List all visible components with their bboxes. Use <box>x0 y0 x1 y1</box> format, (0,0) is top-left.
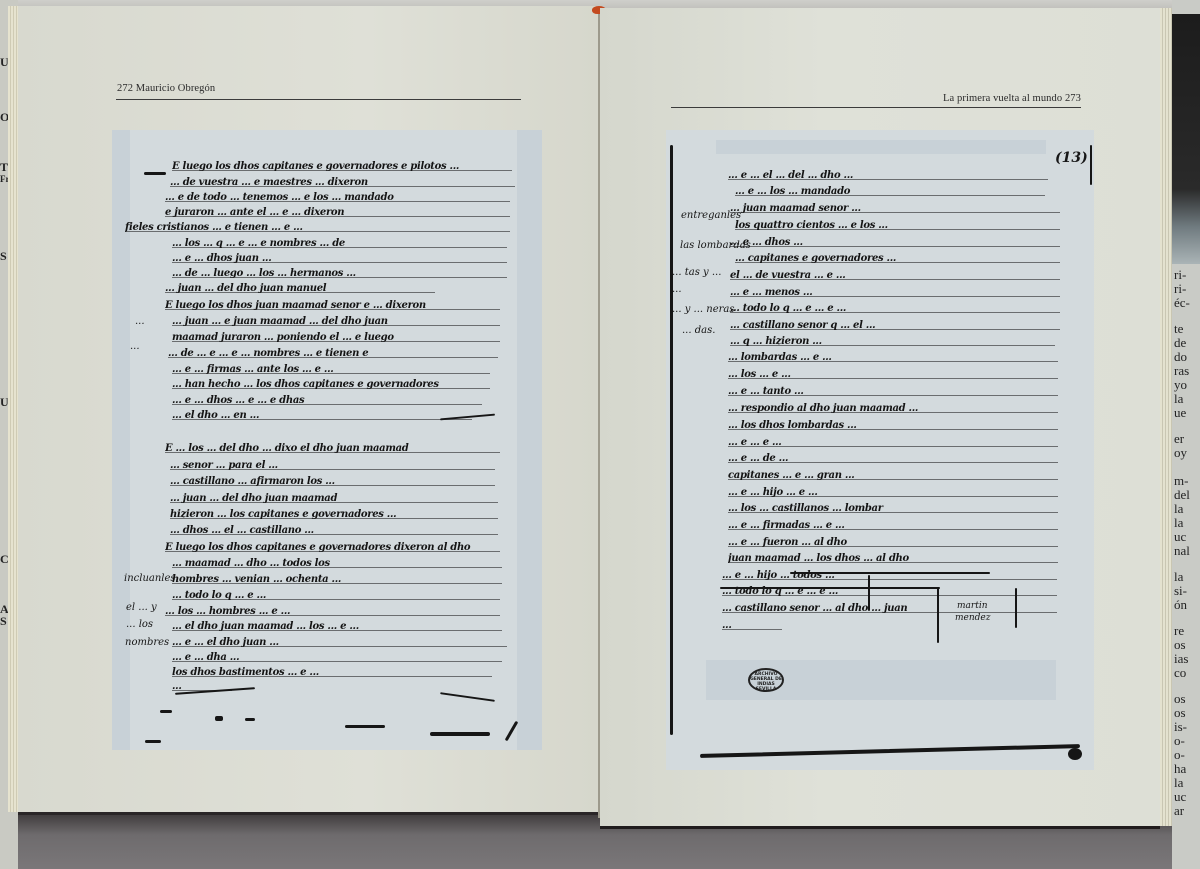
manuscript-line: ... todo lo q ... e ... <box>172 590 500 601</box>
text-fragment: ón <box>1174 598 1187 612</box>
manuscript-line: ... de vuestra ... e maestres ... dixero… <box>170 177 515 188</box>
manuscript-line: maamad juraron ... poniendo el ... e lue… <box>172 332 500 343</box>
page-edges-right <box>1160 8 1172 826</box>
manuscript-line: ... el dho ... en ... <box>172 410 472 421</box>
margin-note: ... <box>672 284 682 295</box>
margin-note: ... los <box>126 619 153 630</box>
manuscript-line: ... castillano senor ... al dho ... juan <box>722 603 1057 614</box>
text-fragment: uc <box>1174 790 1186 804</box>
margin-note: ... <box>135 316 145 327</box>
manuscript-line: E luego los dhos capitanes e governadore… <box>172 161 512 172</box>
manuscript-line: ... e ... dhos ... <box>730 237 1060 248</box>
adjacent-book-photo <box>1172 14 1200 264</box>
manuscript-line: juan maamad ... los dhos ... al dho <box>728 553 1058 564</box>
text-fragment: de <box>1174 336 1186 350</box>
manuscript-line: ... q ... hizieron ... <box>730 336 1055 347</box>
manuscript-line: ... e de todo ... tenemos ... e los ... … <box>165 192 510 203</box>
text-fragment: ha <box>1174 762 1186 776</box>
manuscript-line: ... e ... de ... <box>728 453 1058 464</box>
running-head-right: La primera vuelta al mundo 273 <box>943 93 1081 104</box>
signature-line <box>720 587 940 589</box>
signature-line <box>790 572 990 574</box>
ink-blot <box>245 718 255 721</box>
manuscript-line: ... los dhos lombardas ... <box>728 420 1058 431</box>
manuscript-line: ... juan ... e juan maamad ... del dho j… <box>172 316 500 327</box>
text-fragment: is- <box>1174 720 1187 734</box>
manuscript-line: ... dhos ... el ... castillano ... <box>170 525 498 536</box>
manuscript-line: ... e ... fueron ... al dho <box>728 537 1058 548</box>
manuscript-line: ... maamad ... dho ... todos los <box>172 558 502 569</box>
ink-blot <box>145 740 161 743</box>
manuscript-line: ... de ... e ... e ... nombres ... e tie… <box>168 348 498 359</box>
text-fragment: la <box>1174 392 1183 406</box>
text-fragment: ue <box>1174 406 1186 420</box>
manuscript-line: e juraron ... ante el ... e ... dixeron <box>165 207 510 218</box>
manuscript-line: ... e ... tanto ... <box>728 386 1058 397</box>
text-fragment: ri- <box>1174 268 1186 282</box>
margin-note: el ... y <box>126 602 157 613</box>
text-fragment: uc <box>1174 530 1186 544</box>
margin-note: ... <box>130 341 140 352</box>
manuscript-line: ... e ... los ... mandado <box>735 186 1045 197</box>
manuscript-line: los dhos bastimentos ... e ... <box>172 667 492 678</box>
manuscript-line: ... e ... el dho juan ... <box>172 637 507 648</box>
manuscript-line: los quattro cientos ... e los ... <box>735 220 1060 231</box>
ink-blot <box>215 716 223 721</box>
manuscript-line: ... e ... el ... del ... dho ... <box>728 170 1048 181</box>
ink-blot <box>160 710 172 713</box>
manuscript-line: ... todo lo q ... e ... e ... <box>730 303 1060 314</box>
margin-note: entreganles <box>681 210 741 221</box>
manuscript-line: ... castillano ... afirmaron los ... <box>170 476 495 487</box>
manuscript-line: ... e ... firmadas ... e ... <box>728 520 1058 531</box>
manuscript-line: E luego los dhos juan maamad senor e ...… <box>165 300 500 311</box>
head-rule-right <box>671 107 1081 108</box>
signature: martin <box>957 601 988 611</box>
text-fragment: er <box>1174 432 1184 446</box>
margin-note: nombres <box>125 637 169 648</box>
text-fragment: o- <box>1174 734 1185 748</box>
margin-mark <box>144 172 166 175</box>
text-fragment: la <box>1174 502 1183 516</box>
manuscript-line: el ... de vuestra ... e ... <box>730 270 1060 281</box>
manuscript-line: ... lombardas ... e ... <box>728 352 1058 363</box>
manuscript-line: ... e ... firmas ... ante los ... e ... <box>172 364 490 375</box>
text-fragment: os <box>1174 638 1186 652</box>
text-fragment: ias <box>1174 652 1188 666</box>
text-fragment: éc- <box>1174 296 1190 310</box>
text-fragment: la <box>1174 570 1183 584</box>
manuscript-line: ... los ... q ... e ... e nombres ... de <box>172 238 507 249</box>
folio-number: (13) <box>1055 150 1088 166</box>
manuscript-line: ... de ... luego ... los ... hermanos ..… <box>172 268 507 279</box>
adjacent-book-right: ri- ri- éc- te de do ras yo la ue er oy … <box>1172 0 1200 869</box>
margin-note: ... tas y ... <box>672 267 721 278</box>
manuscript-line: ... e ... dhos ... e ... e dhas <box>172 395 482 406</box>
ink-blot <box>430 732 490 736</box>
margin-note: ... das. <box>682 325 715 336</box>
text-fragment: la <box>1174 516 1183 530</box>
manuscript-line: ... los ... hombres ... e ... <box>165 606 500 617</box>
text-fragment: nal <box>1174 544 1190 558</box>
text-fragment: te <box>1174 322 1183 336</box>
text-fragment: o- <box>1174 748 1185 762</box>
text-fragment: del <box>1174 488 1190 502</box>
running-head-left: 272 Mauricio Obregón <box>117 83 215 94</box>
archive-stamp: ARCHIVO GENERAL DE INDIAS SEVILLA <box>748 668 784 692</box>
manuscript-line: ... el dho juan maamad ... los ... e ... <box>172 621 502 632</box>
manuscript-line: ... los ... castillanos ... lombar <box>728 503 1058 514</box>
signature: mendez <box>955 613 991 623</box>
text-fragment: co <box>1174 666 1186 680</box>
text-fragment: ri- <box>1174 282 1186 296</box>
text-fragment: os <box>1174 706 1186 720</box>
manuscript-line: ... han hecho ... los dhos capitanes e g… <box>172 379 490 390</box>
spine-fragment: S <box>0 615 7 627</box>
manuscript-line: ... e ... e ... <box>728 437 1058 448</box>
manuscript-line: ... juan ... del dho juan manuel <box>165 283 435 294</box>
text-fragment: re <box>1174 624 1184 638</box>
manuscript-line: ... e ... dha ... <box>172 652 502 663</box>
manuscript-line: E luego los dhos capitanes e governadore… <box>165 542 500 553</box>
text-fragment: ar <box>1174 804 1184 818</box>
margin-note: incluanles <box>124 573 176 584</box>
text-fragment: do <box>1174 350 1187 364</box>
signature-flourish <box>937 588 939 643</box>
manuscript-line: ... e ... hijo ... e ... <box>728 487 1058 498</box>
text-fragment: oy <box>1174 446 1187 460</box>
manuscript-line: ... respondio al dho juan maamad ... <box>728 403 1058 414</box>
manuscript-line: capitanes ... e ... gran ... <box>728 470 1058 481</box>
manuscript-line: ... los ... e ... <box>728 369 1058 380</box>
signature-flourish <box>1015 588 1017 628</box>
ink-blot <box>1068 748 1082 760</box>
right-border-line <box>1090 145 1092 185</box>
signature-flourish <box>868 575 870 611</box>
manuscript-line: ... capitanes e governadores ... <box>735 253 1060 264</box>
head-rule-left <box>116 99 521 100</box>
text-fragment: m- <box>1174 474 1188 488</box>
text-fragment: la <box>1174 776 1183 790</box>
manuscript-line: ... juan maamad senor ... <box>730 203 1060 214</box>
manuscript-line: E ... los ... del dho ... dixo el dho ju… <box>165 443 500 454</box>
manuscript-line: hizieron ... los capitanes e governadore… <box>170 509 498 520</box>
manuscript-line: ... juan ... del dho juan maamad <box>170 493 498 504</box>
ink-blot <box>345 725 385 728</box>
manuscript-line: hombres ... venian ... ochenta ... <box>172 574 502 585</box>
manuscript-line: ... castillano senor q ... el ... <box>730 320 1060 331</box>
manuscript-line: fieles cristianos ... e tienen ... e ... <box>125 222 510 233</box>
manuscript-line: ... <box>722 620 782 631</box>
text-fragment: ras <box>1174 364 1189 378</box>
manuscript-line: ... e ... menos ... <box>730 287 1060 298</box>
margin-note: ... y ... neras <box>672 304 735 315</box>
text-fragment: si- <box>1174 584 1187 598</box>
text-fragment: os <box>1174 692 1186 706</box>
manuscript-line: ... senor ... para el ... <box>170 460 495 471</box>
manuscript-line: ... e ... dhos juan ... <box>172 253 507 264</box>
margin-note: las lombardas <box>680 240 751 251</box>
text-fragment: yo <box>1174 378 1187 392</box>
left-border-line <box>670 145 673 735</box>
